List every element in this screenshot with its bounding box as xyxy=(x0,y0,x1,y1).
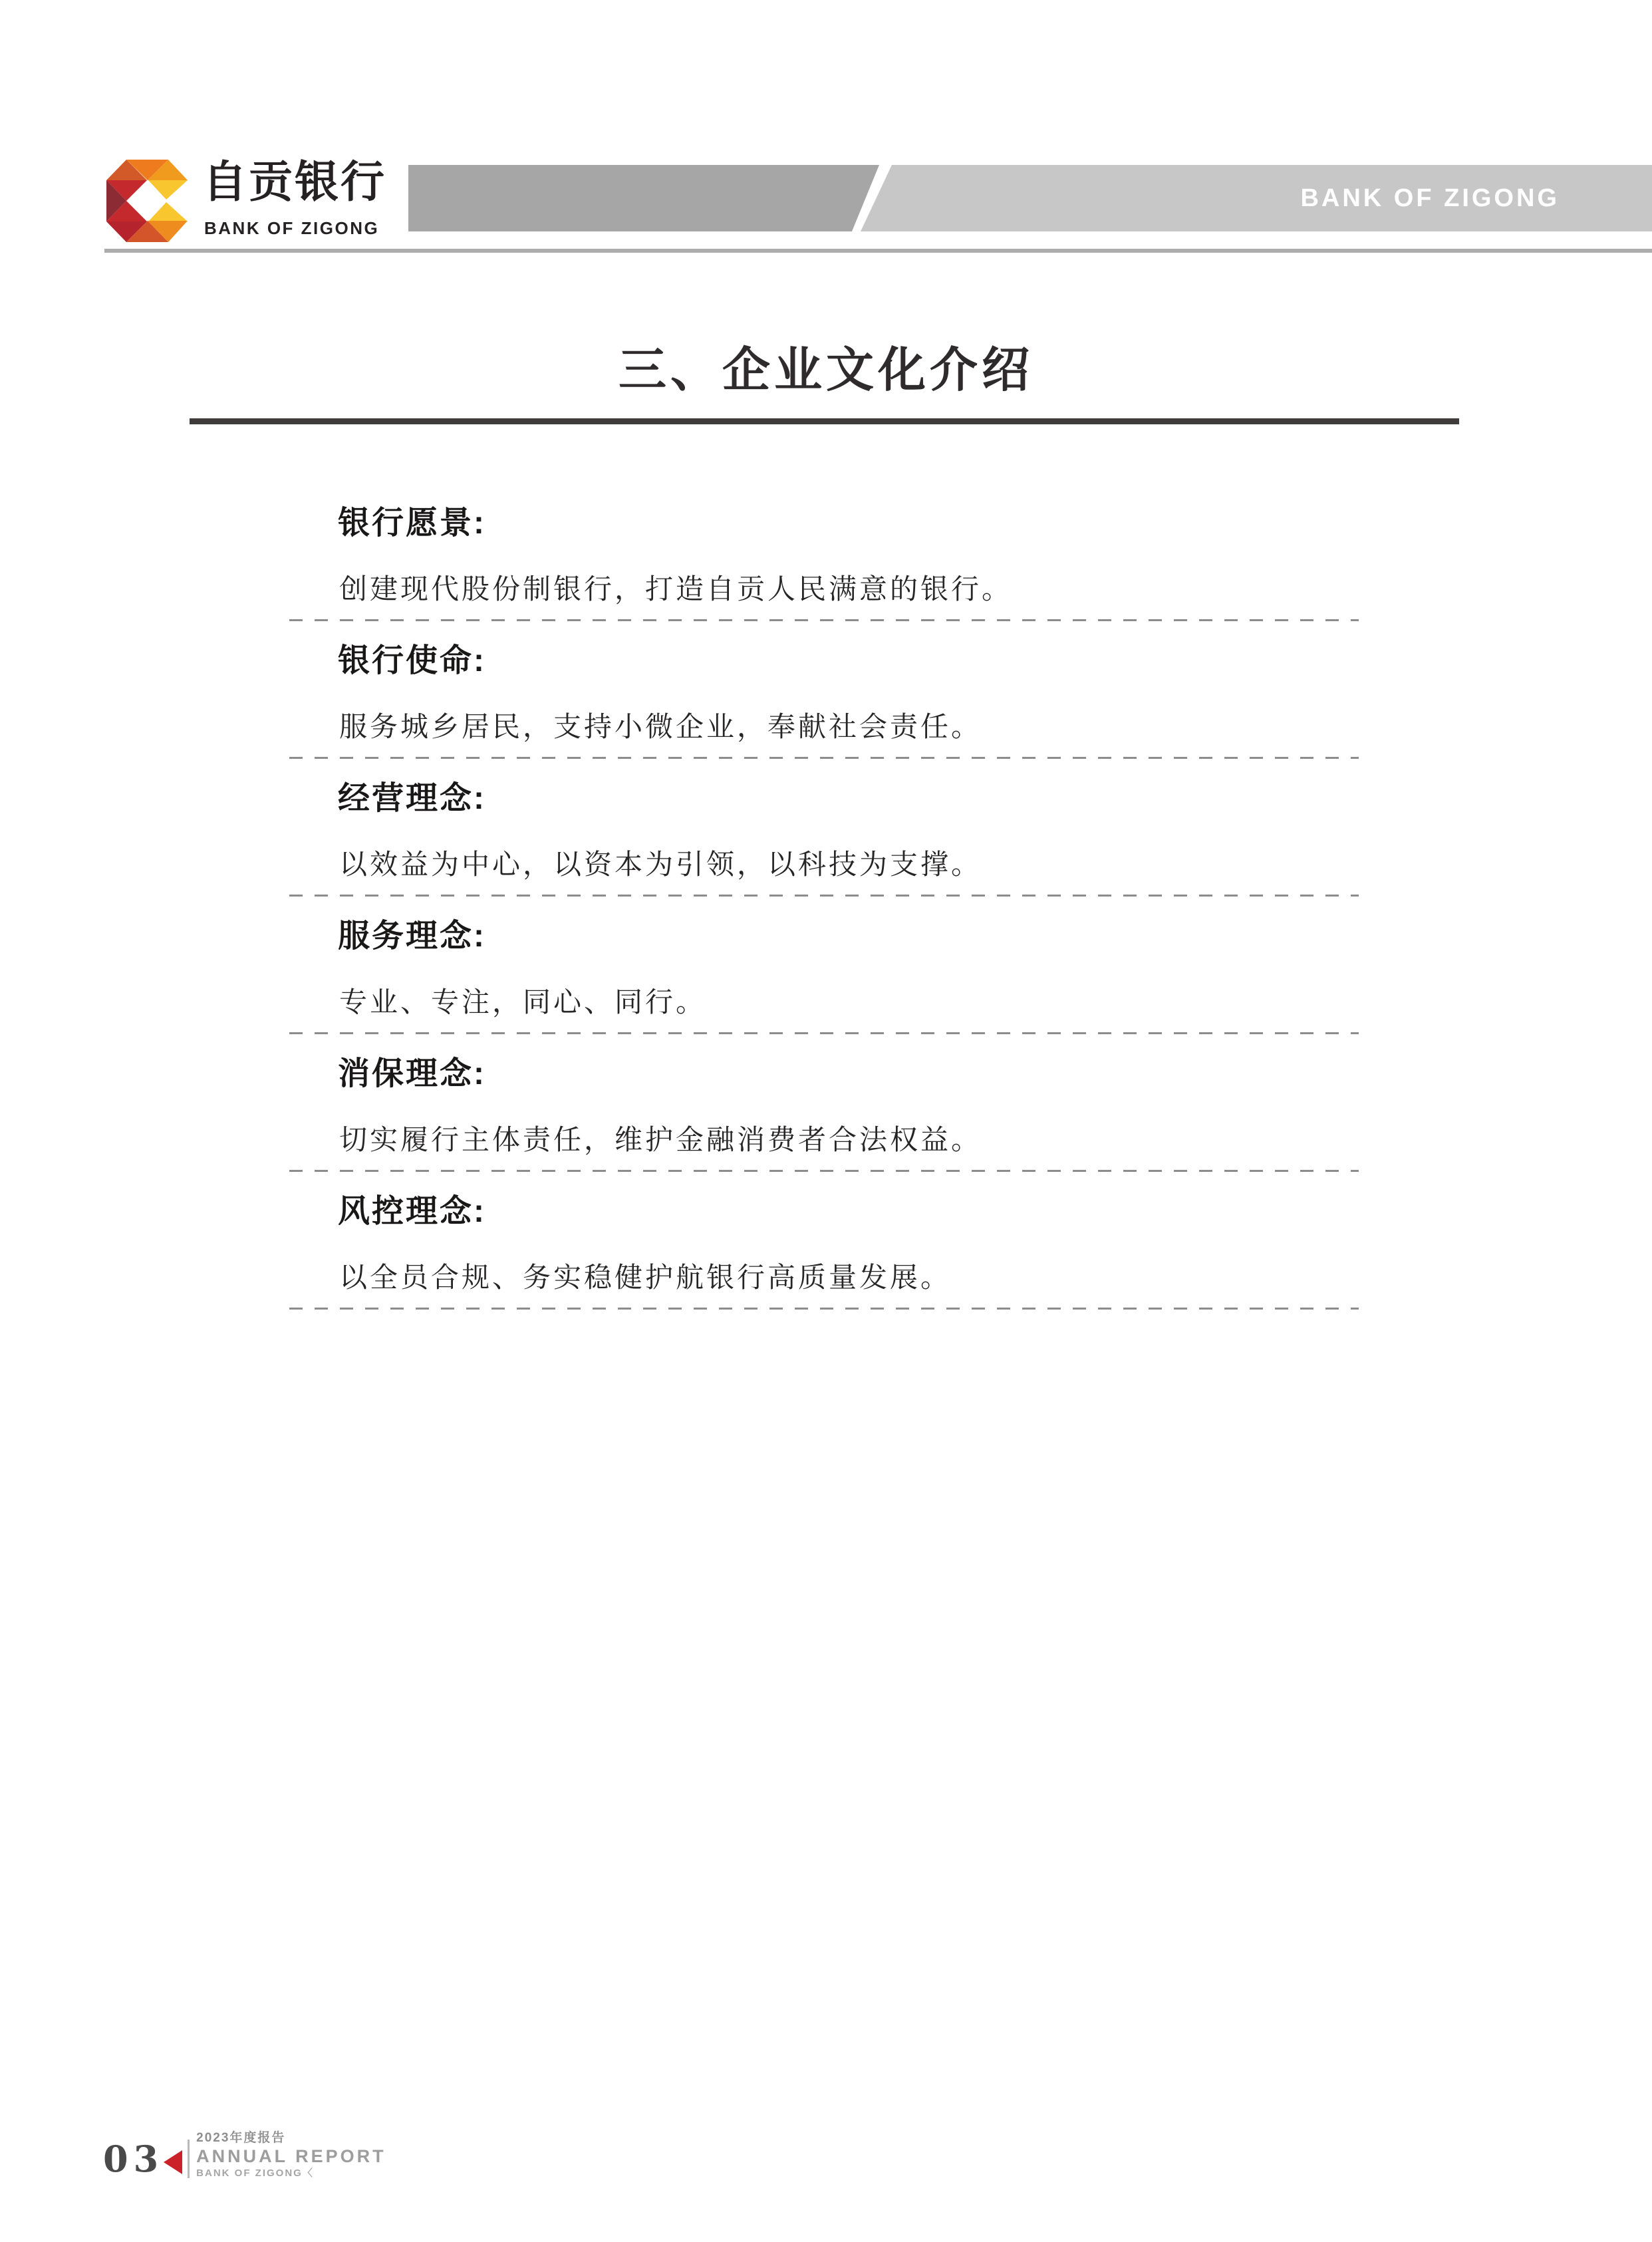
section-body: 以全员合规、务实稳健护航银行高质量发展。 xyxy=(339,1264,1359,1292)
section-heading: 风控理念: xyxy=(338,1196,1359,1228)
footer: 03 2023年度报告 ANNUAL REPORT BANK OF ZIGONG… xyxy=(103,2132,386,2178)
bank-logo-icon xyxy=(100,152,194,250)
footer-report-title-en: ANNUAL REPORT xyxy=(196,2148,386,2166)
section-body: 专业、专注，同心、同行。 xyxy=(339,988,1359,1016)
section-heading: 银行愿景: xyxy=(338,507,1359,539)
section-body: 切实履行主体责任，维护金融消费者合法权益。 xyxy=(339,1126,1359,1154)
header-rule xyxy=(104,249,1652,253)
dashed-divider xyxy=(289,1308,1359,1310)
footer-divider xyxy=(188,2140,190,2178)
left-triangle-icon xyxy=(164,2150,182,2174)
section-consumer-protection: 消保理念: 切实履行主体责任，维护金融消费者合法权益。 xyxy=(289,1034,1359,1170)
section-risk-control: 风控理念: 以全员合规、务实稳健护航银行高质量发展。 xyxy=(289,1172,1359,1308)
header-bar-dark xyxy=(408,165,879,231)
section-vision: 银行愿景: 创建现代股份制银行，打造自贡人民满意的银行。 xyxy=(289,484,1359,619)
culture-sections: 银行愿景: 创建现代股份制银行，打造自贡人民满意的银行。 银行使命: 服务城乡居… xyxy=(289,484,1359,1310)
section-service-philosophy: 服务理念: 专业、专注，同心、同行。 xyxy=(289,897,1359,1032)
section-heading: 消保理念: xyxy=(338,1058,1359,1090)
page-title: 三、企业文化介绍 xyxy=(0,341,1652,400)
section-heading: 经营理念: xyxy=(338,783,1359,815)
report-page: 自贡银行 BANK OF ZIGONG BANK OF ZIGONG 三、企业文… xyxy=(0,0,1652,2242)
section-heading: 银行使命: xyxy=(338,645,1359,677)
section-body: 以效益为中心，以资本为引领，以科技为支撑。 xyxy=(339,851,1359,879)
section-body: 创建现代股份制银行，打造自贡人民满意的银行。 xyxy=(339,575,1359,603)
section-heading: 服务理念: xyxy=(338,920,1359,952)
header-bar-light: BANK OF ZIGONG xyxy=(861,165,1652,231)
header-banner-text: BANK OF ZIGONG xyxy=(1300,186,1652,211)
footer-bank-name-en: BANK OF ZIGONG〈 xyxy=(196,2168,386,2178)
bank-logo-name-cn: 自贡银行 xyxy=(203,160,386,204)
section-body: 服务城乡居民，支持小微企业，奉献社会责任。 xyxy=(339,713,1359,741)
footer-text: 2023年度报告 ANNUAL REPORT BANK OF ZIGONG〈 xyxy=(196,2132,386,2178)
title-underline xyxy=(190,418,1459,424)
bank-logo-name-en: BANK OF ZIGONG xyxy=(204,219,379,237)
footer-report-title-cn: 2023年度报告 xyxy=(196,2132,386,2144)
section-mission: 银行使命: 服务城乡居民，支持小微企业，奉献社会责任。 xyxy=(289,621,1359,757)
page-number: 03 xyxy=(103,2141,164,2178)
section-operating-philosophy: 经营理念: 以效益为中心，以资本为引领，以科技为支撑。 xyxy=(289,759,1359,895)
